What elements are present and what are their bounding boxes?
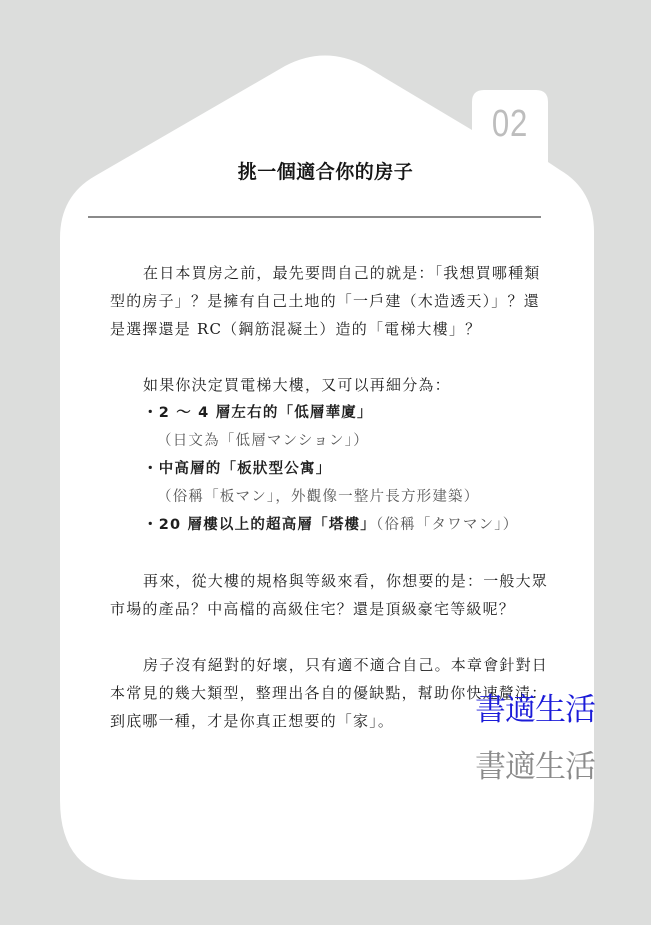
list-item-note: （日文為「低層マンション」） — [143, 427, 550, 455]
list-item-label: ・20 層樓以上的超高層「塔樓」 — [143, 517, 376, 533]
chapter-number: 02 — [479, 104, 541, 144]
list-item-note: （俗稱「板マン」，外觀像一整片長方形建築） — [143, 483, 550, 511]
list-item-note-inline: （俗稱「タワマン」） — [376, 517, 519, 533]
list-item-label: ・2 ～ 4 層左右的「低層華廈」 — [143, 405, 373, 421]
grade-paragraph: 再來，從大樓的規格與等級來看，你想要的是：一般大眾市場的產品？中高檔的高級住宅？… — [110, 567, 550, 623]
list-item-low-rise: ・2 ～ 4 層左右的「低層華廈」 — [143, 399, 550, 427]
list-item-mid-rise: ・中高層的「板狀型公寓」 — [143, 455, 550, 483]
page-title: 挑一個適合你的房子 — [0, 158, 651, 186]
body-text: 在日本買房之前，最先要問自己的就是：「我想買哪種類型的房子」？是擁有自己土地的「… — [110, 259, 550, 735]
watermark-gray: 書適生活 — [475, 749, 595, 785]
list-item-tower: ・20 層樓以上的超高層「塔樓」（俗稱「タワマン」） — [143, 511, 550, 539]
building-type-list: 如果你決定買電梯大樓，又可以再細分為： ・2 ～ 4 層左右的「低層華廈」 （日… — [110, 371, 550, 539]
watermark-blue: 書適生活 — [475, 692, 595, 728]
title-divider — [88, 216, 541, 218]
intro-paragraph: 在日本買房之前，最先要問自己的就是：「我想買哪種類型的房子」？是擁有自己土地的「… — [110, 259, 550, 343]
list-item-label: ・中高層的「板狀型公寓」 — [143, 461, 331, 477]
list-lead: 如果你決定買電梯大樓，又可以再細分為： — [143, 371, 550, 399]
